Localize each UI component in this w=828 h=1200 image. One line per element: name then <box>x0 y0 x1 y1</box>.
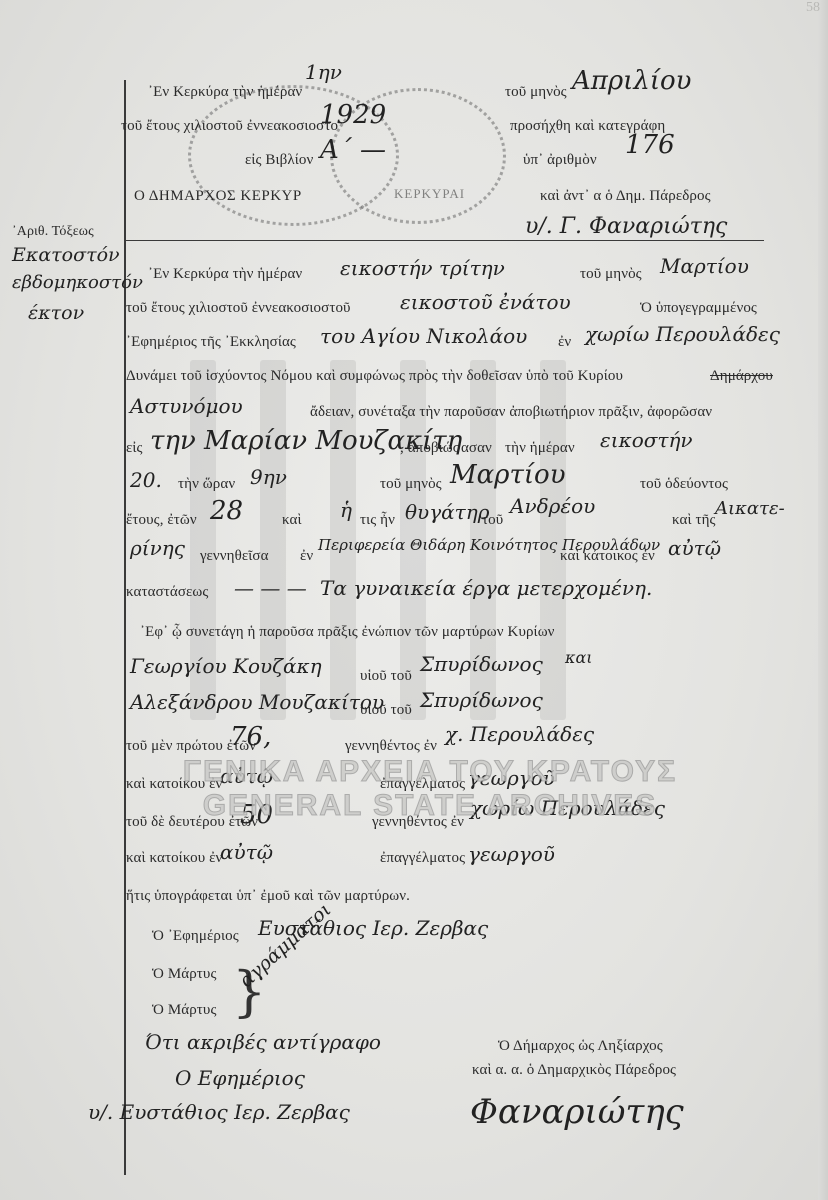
witness-1-age: 76, <box>230 722 271 752</box>
priest-church-label: ᾿Εφημέριος τῆς ᾿Εκκλησίας <box>126 334 296 351</box>
watermark-english: GENERAL STATE ARCHIVES <box>130 789 730 823</box>
witness-2-name: Αλεξάνδρου Μουζακίτου <box>130 690 384 714</box>
relation: θυγάτηρ <box>405 500 489 524</box>
certification-line-3: υ/. Ευστάθιος Ιερ. Ζερβας <box>88 1100 350 1124</box>
header-mayor-label: Ο ΔΗΜΑΡΧΟΣ ΚΕΡΚΥΡ <box>134 188 302 205</box>
margin-rule <box>124 80 126 1175</box>
header-book: Α΄ — <box>320 135 386 165</box>
margin-value-line2: εβδομηκοστόν <box>12 272 143 293</box>
stamp-text: ΚΕΡΚΥΡΑΙ <box>394 186 465 202</box>
mother-name-end: ρίνης <box>130 536 185 560</box>
permit-authority: Αστυνόμου <box>130 394 243 418</box>
header-month: Απριλίου <box>572 66 691 96</box>
page-number: 58 <box>806 0 820 16</box>
witness-2-resident-label: καὶ κατοίκου ἐν <box>126 850 222 867</box>
death-hour: 9ην <box>250 465 287 489</box>
date-month: Μαρτίου <box>660 254 749 278</box>
status-value: Τα γυναικεία έργα μετερχομένη. <box>320 576 652 600</box>
witness-1-name: Γεωργίου Κουζάκη <box>130 654 322 678</box>
mother-name-start: Αικατε- <box>715 498 785 519</box>
residence: αὐτῷ <box>668 536 721 560</box>
age-label: ἔτους, ἐτῶν <box>126 512 197 529</box>
relation-label: τις ἦν <box>360 512 395 529</box>
header-date-prefix: ᾿Εν Κερκύρα τὴν ἡμέραν <box>148 84 302 101</box>
date-prefix: ᾿Εν Κερκύρα τὴν ἡμέραν <box>148 266 302 283</box>
witness-intro: ᾿Εφ᾿ ᾧ συνετάγη ἡ παροῦσα πρᾶξις ἐνώπιον… <box>140 624 555 641</box>
header-book-label: εἰς Βιβλίον <box>245 152 313 169</box>
time-month: Μαρτίου <box>450 460 566 490</box>
deceased-day-label: τὴν ἡμέραν <box>505 440 575 457</box>
deceased-died-label: , ἀποβιώσασαν <box>400 440 492 457</box>
priest-sign-label: Ὁ ᾿Εφημέριος <box>152 928 239 945</box>
page-edge <box>818 0 828 1200</box>
status-dashes: — — — <box>234 576 307 600</box>
resident-label: καὶ κάτοικος ἐν <box>560 548 655 565</box>
deceased-age: 28 <box>210 496 243 526</box>
header-day: 1ην <box>305 60 342 84</box>
witness-2-resident: αὐτῷ <box>220 840 273 864</box>
status-label: καταστάσεως <box>126 584 208 601</box>
margin-value-line1: Εκατοστόν <box>12 244 120 266</box>
header-number-label: ὑπ᾿ ἀριθμὸν <box>523 152 597 169</box>
witness-1-born-label: γεννηθέντος ἐν <box>345 738 437 755</box>
permit-text: ἄδειαν, συνέταξα τὴν παροῦσαν ἀποβιωτήρι… <box>310 404 712 421</box>
margin-value-line3: έκτον <box>28 302 84 324</box>
margin-label: ᾿Αριθ. Τόξεως <box>12 224 94 240</box>
witness-conj: και <box>565 648 593 667</box>
time-month-label: τοῦ μηνὸς <box>380 476 442 493</box>
header-deputy-label: καὶ ἀντ᾿ α ὁ Δημ. Πάρεδρος <box>540 188 711 205</box>
witness-2-son-of-label: υἱοῦ τοῦ <box>360 702 412 719</box>
hour-label: τὴν ὥραν <box>178 476 235 493</box>
watermark-greek: ΓΕΝΙΚΑ ΑΡΧΕΙΑ ΤΟΥ ΚΡΑΤΟΥΣ <box>130 755 730 789</box>
of-label: τοῦ <box>482 512 503 529</box>
certification-line-2: Ο Εφημέριος <box>175 1066 305 1090</box>
born-in-label: ἐν <box>300 548 313 565</box>
date-month-label: τοῦ μηνὸς <box>580 266 642 283</box>
current-year-label: τοῦ ὁδεύοντος <box>640 476 728 493</box>
born-label: γεννηθεῖσα <box>200 548 269 565</box>
year-value: εικοστοῦ ἐνάτου <box>400 290 571 314</box>
law-text: Δυνάμει τοῦ ἰσχύοντος Νόμου καὶ συμφώνως… <box>126 368 623 385</box>
year-prefix: τοῦ ἔτους χιλιοστοῦ ἐννεακοσιοστοῦ <box>126 300 351 317</box>
deceased-day-word: εικοστήν <box>600 428 693 452</box>
certification-line-1: Ότι ακριβές αντίγραφο <box>145 1030 381 1054</box>
witness-2-profession: γεωργοῦ <box>468 842 555 866</box>
witness-1-father: Σπυρίδωνος <box>420 652 543 676</box>
struck-mayor: Δημάρχου <box>710 368 773 385</box>
header-month-label: τοῦ μηνὸς <box>505 84 567 101</box>
undersigned-label: Ὁ ὑπογεγραμμένος <box>640 300 757 317</box>
witness-1-son-of-label: υἱοῦ τοῦ <box>360 668 412 685</box>
closing-statement: ἥτις ὑπογράφεται ὑπ᾿ ἐμοῦ καὶ τῶν μαρτύρ… <box>126 888 410 905</box>
witness-sign-label-2: Ὁ Μάρτυς <box>152 1002 217 1019</box>
archive-watermark: ΓΕΝΙΚΑ ΑΡΧΕΙΑ ΤΟΥ ΚΡΑΤΟΥΣ GENERAL STATE … <box>130 755 730 823</box>
scanned-document-page: 58 ΚΕΡΚΥΡΑΙ ᾿Εν Κερκύρα τὴν ἡμέραν 1ην τ… <box>0 0 828 1200</box>
and-of-label: καὶ τῆς <box>672 512 716 529</box>
mayor-registrar-label: Ὁ Δήμαρχος ὡς Ληξίαρχος <box>498 1038 663 1055</box>
and-label: καὶ <box>282 512 302 529</box>
father-name: Ανδρέου <box>510 494 595 518</box>
church-name: του Αγίου Νικολάου <box>320 324 527 348</box>
witness-sign-label-1: Ὁ Μάρτυς <box>152 966 217 983</box>
mayor-signature: Φαναριώτης <box>470 1092 684 1132</box>
header-number: 176 <box>625 130 675 160</box>
village-name: χωρίω Περουλάδες <box>585 322 780 346</box>
death-day-number: 20. <box>130 468 162 492</box>
witness-2-father: Σπυρίδωνος <box>420 688 543 712</box>
in-label: ἐν <box>558 334 571 351</box>
mayor-deputy-label: καὶ α. α. ὁ Δημαρχικὸς Πάρεδρος <box>472 1062 676 1079</box>
relation-article: ἡ <box>340 498 352 522</box>
header-year: 1929 <box>320 100 386 130</box>
witness-2-profession-label: ἐπαγγέλματος <box>380 850 465 867</box>
deceased-prefix: εἰς <box>126 440 143 457</box>
illiterate-note: αγράμματοι <box>235 899 335 992</box>
death-day: εικοστήν τρίτην <box>340 256 505 280</box>
header-year-prefix: τοῦ ἔτους χιλιοστοῦ ἐννεακοσιοστο <box>121 118 338 135</box>
header-deputy-signature: υ/. Γ. Φαναριώτης <box>525 214 727 239</box>
witness-1-born: χ. Περουλάδες <box>445 722 594 746</box>
section-divider <box>124 240 764 241</box>
